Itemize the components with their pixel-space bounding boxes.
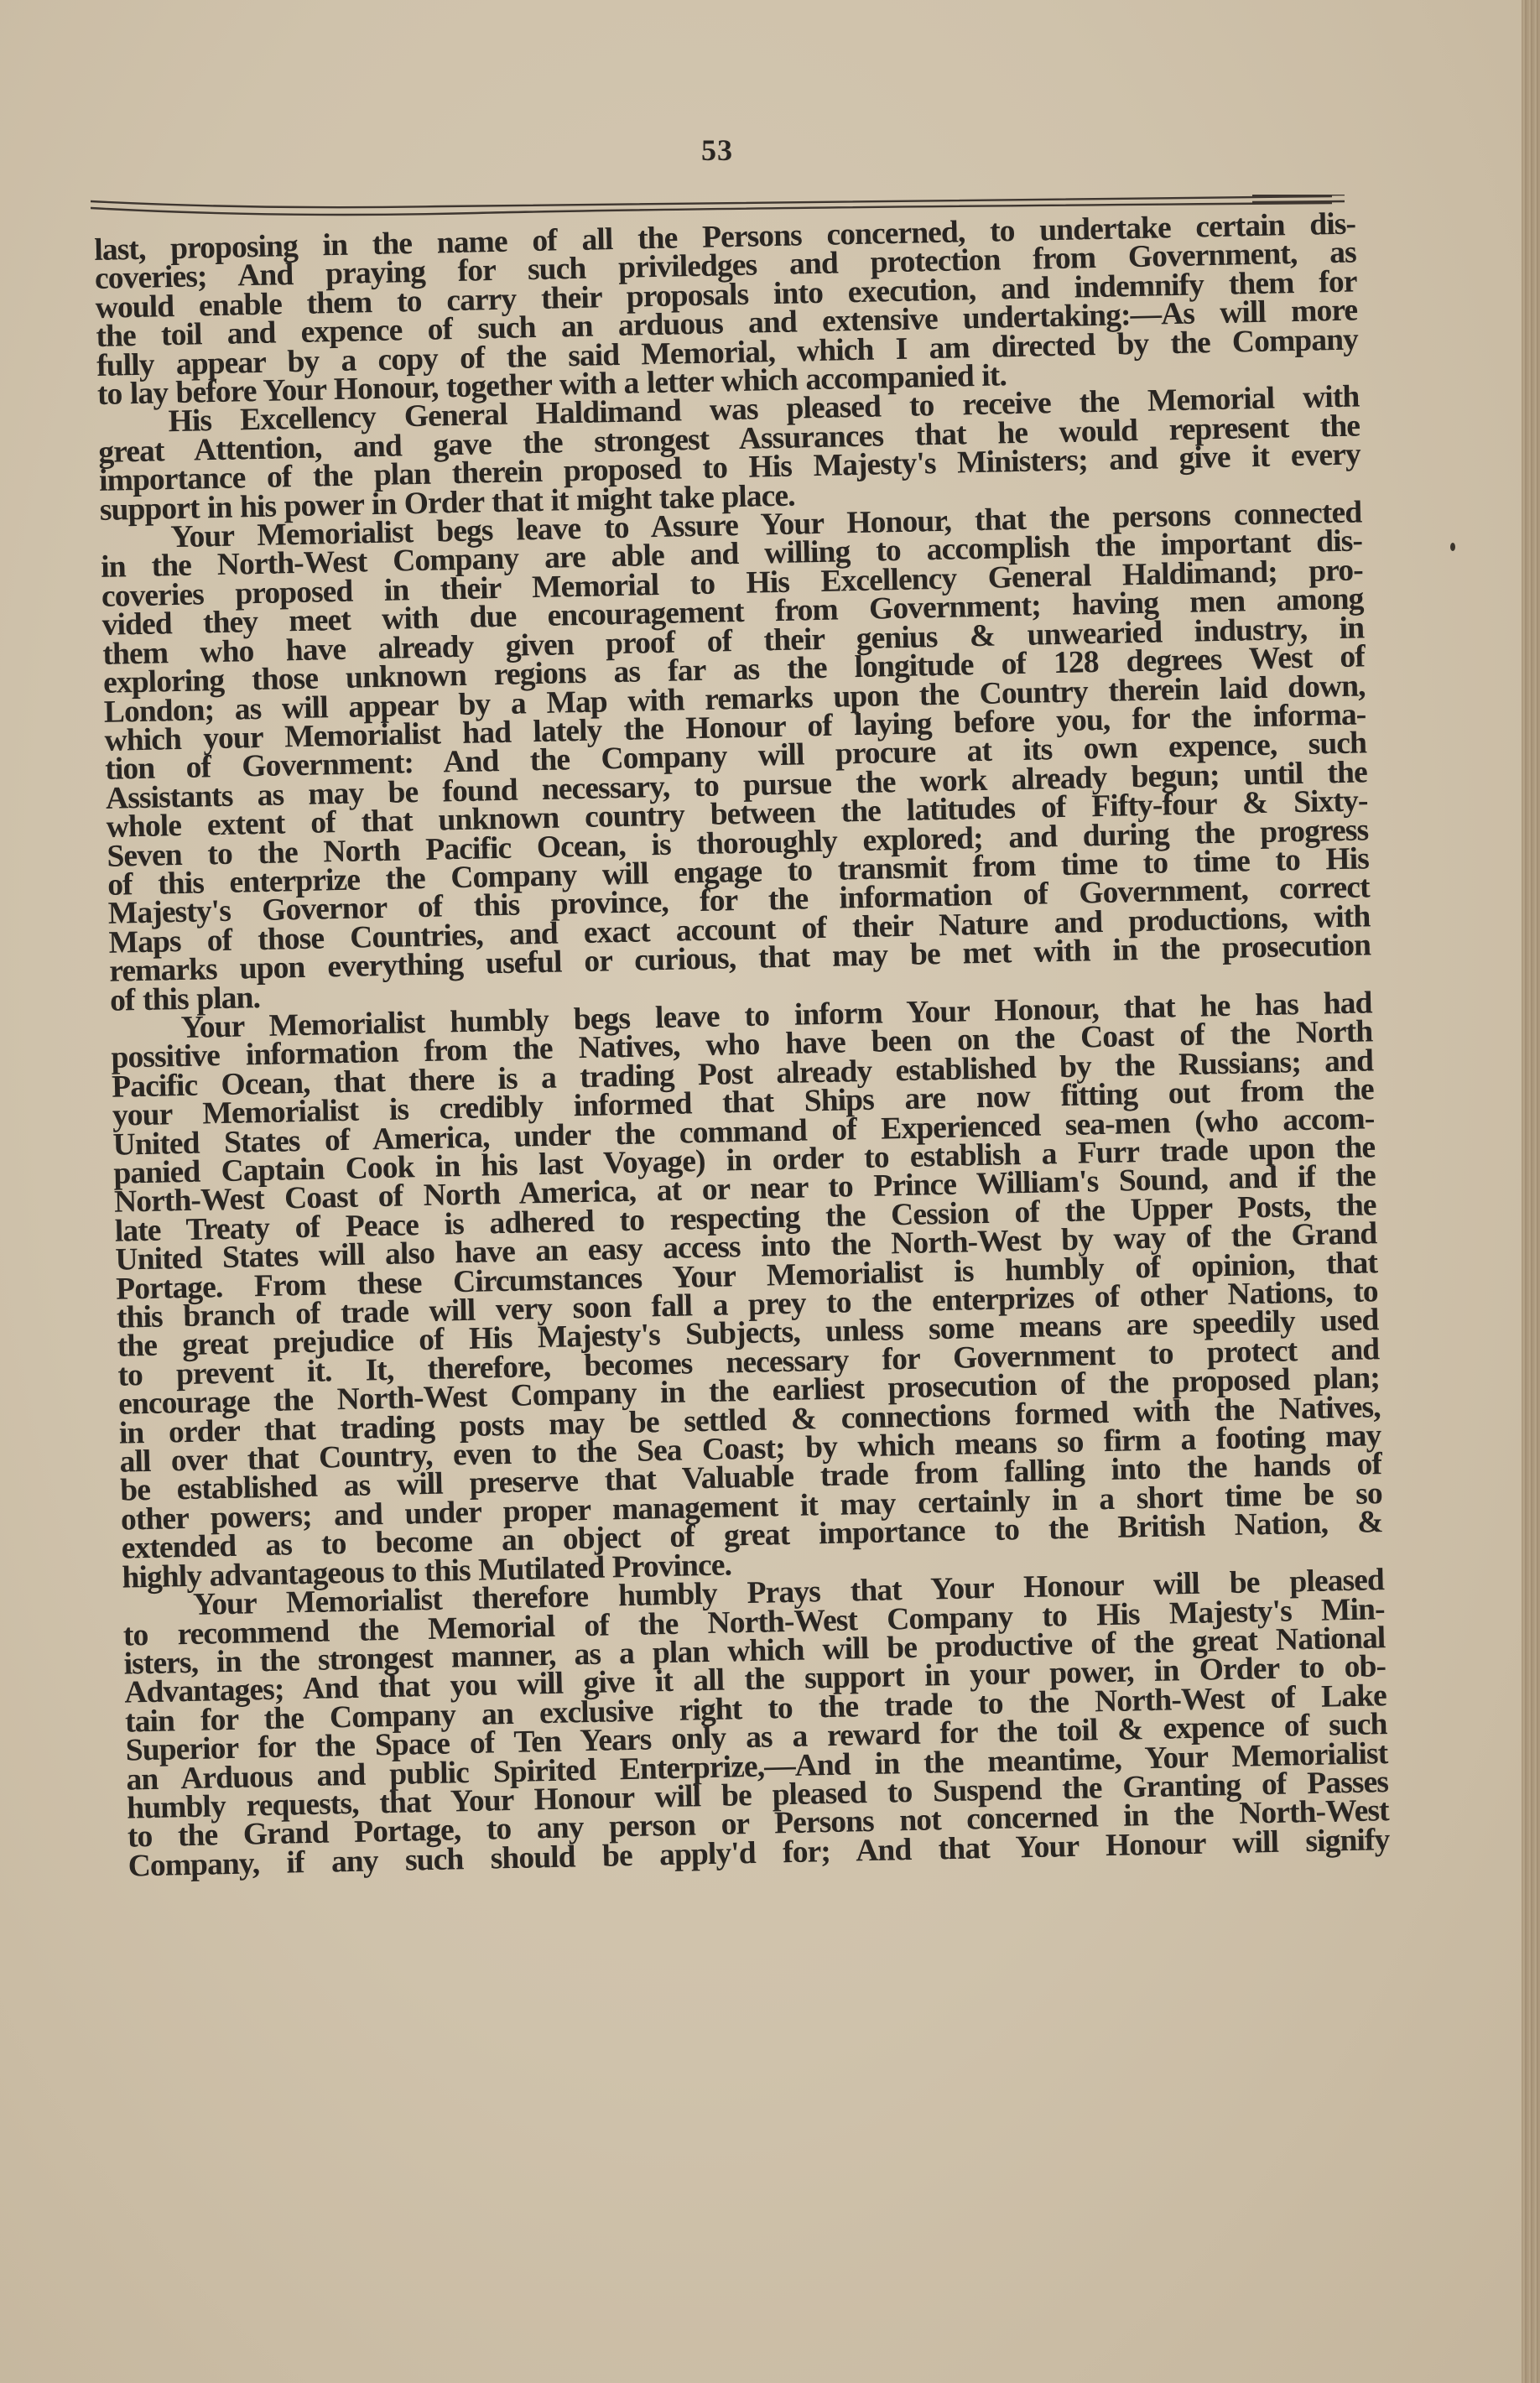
paragraph: last, proposing in the name of all the P… — [94, 211, 1359, 410]
paragraph: Your Memorialist begs leave to Assure Yo… — [100, 498, 1371, 1015]
paragraph: Your Memorialist therefore humbly Prays … — [122, 1566, 1390, 1881]
ink-speck — [1450, 543, 1455, 551]
paragraph: Your Memorialist humbly begs leave to in… — [110, 989, 1383, 1592]
page-number: 53 — [0, 133, 1434, 168]
page-edge — [1522, 0, 1540, 2383]
memorial-body-text: last, proposing in the name of all the P… — [94, 211, 1390, 1881]
